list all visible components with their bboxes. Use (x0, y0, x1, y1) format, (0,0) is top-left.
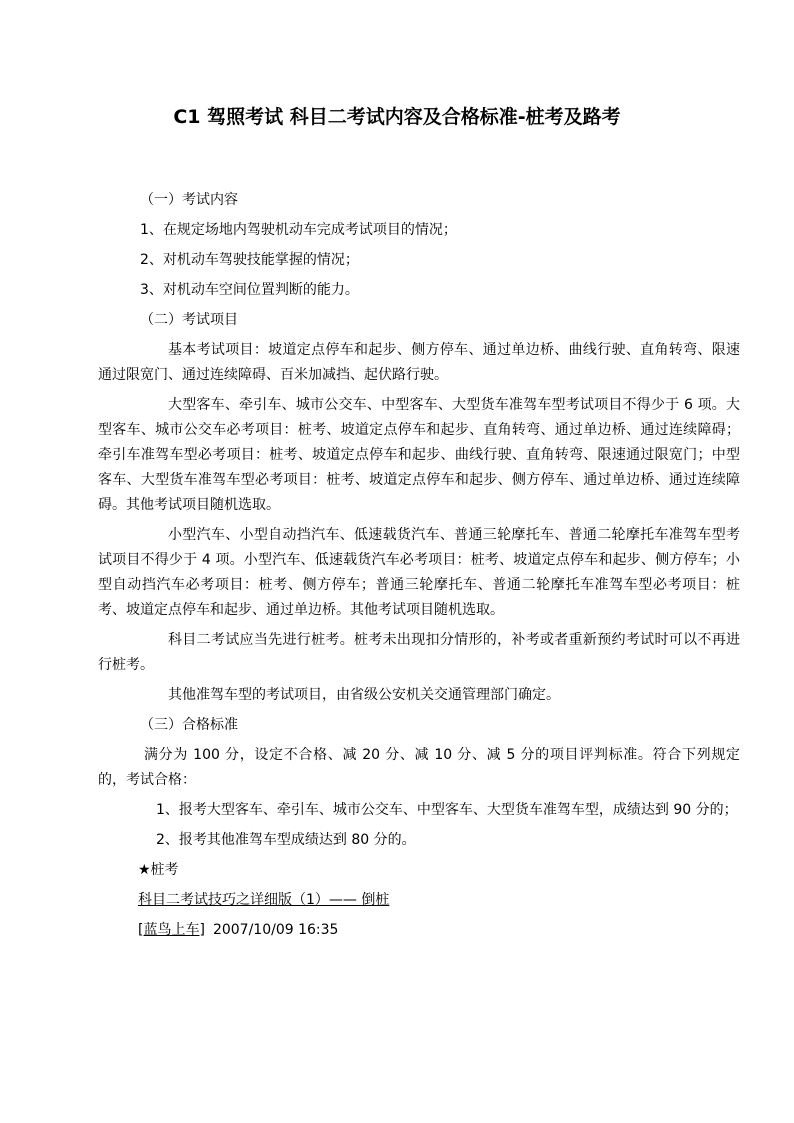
pass-standard-intro: 满分为 100 分，设定不合格、减 20 分、减 10 分、减 5 分的项目评判… (98, 743, 740, 793)
exam-content-item-3: 3、对机动车空间位置判断的能力。 (98, 278, 740, 303)
exam-content-item-1: 1、在规定场地内驾驶机动车完成考试项目的情况； (98, 218, 740, 243)
section-heading-exam-items: （二）考试项目 (98, 308, 740, 333)
document-title: C1 驾照考试 科目二考试内容及合格标准-桩考及路考 (0, 104, 794, 130)
document-page: C1 驾照考试 科目二考试内容及合格标准-桩考及路考 （一）考试内容 1、在规定… (0, 0, 794, 1123)
section-heading-pass-standard: （三）合格标准 (98, 713, 740, 738)
source-link[interactable]: [蓝鸟上车] (138, 922, 205, 938)
exam-content-item-2: 2、对机动车驾驶技能掌握的情况； (98, 248, 740, 273)
pass-standard-item-2: 2、报考其他准驾车型成绩达到 80 分的。 (98, 828, 740, 853)
document-body: （一）考试内容 1、在规定场地内驾驶机动车完成考试项目的情况； 2、对机动车驾驶… (0, 188, 794, 943)
pass-standard-item-1: 1、报考大型客车、牵引车、城市公交车、中型客车、大型货车准驾车型，成绩达到 90… (98, 798, 740, 823)
timestamp: 2007/10/09 16:35 (213, 922, 339, 938)
source-line: [蓝鸟上车]2007/10/09 16:35 (98, 918, 740, 943)
exam-items-paragraph-small-vehicles: 小型汽车、小型自动挡汽车、低速载货汽车、普通三轮摩托车、普通二轮摩托车准驾车型考… (98, 523, 740, 623)
exam-items-paragraph-large-vehicles: 大型客车、牵引车、城市公交车、中型客车、大型货车准驾车型考试项目不得少于 6 项… (98, 393, 740, 518)
exam-items-paragraph-pile-first: 科目二考试应当先进行桩考。桩考未出现扣分情形的，补考或者重新预约考试时可以不再进… (98, 628, 740, 678)
article-link-line: 科目二考试技巧之详细版（1）—— 倒桩 (98, 888, 740, 913)
exam-items-paragraph-basic: 基本考试项目：坡道定点停车和起步、侧方停车、通过单边桥、曲线行驶、直角转弯、限速… (98, 338, 740, 388)
exam-items-paragraph-other-types: 其他准驾车型的考试项目，由省级公安机关交通管理部门确定。 (98, 683, 740, 708)
article-link[interactable]: 科目二考试技巧之详细版（1）—— 倒桩 (138, 892, 389, 908)
pile-exam-star-heading: ★桩考 (98, 858, 740, 883)
section-heading-exam-content: （一）考试内容 (98, 188, 740, 213)
